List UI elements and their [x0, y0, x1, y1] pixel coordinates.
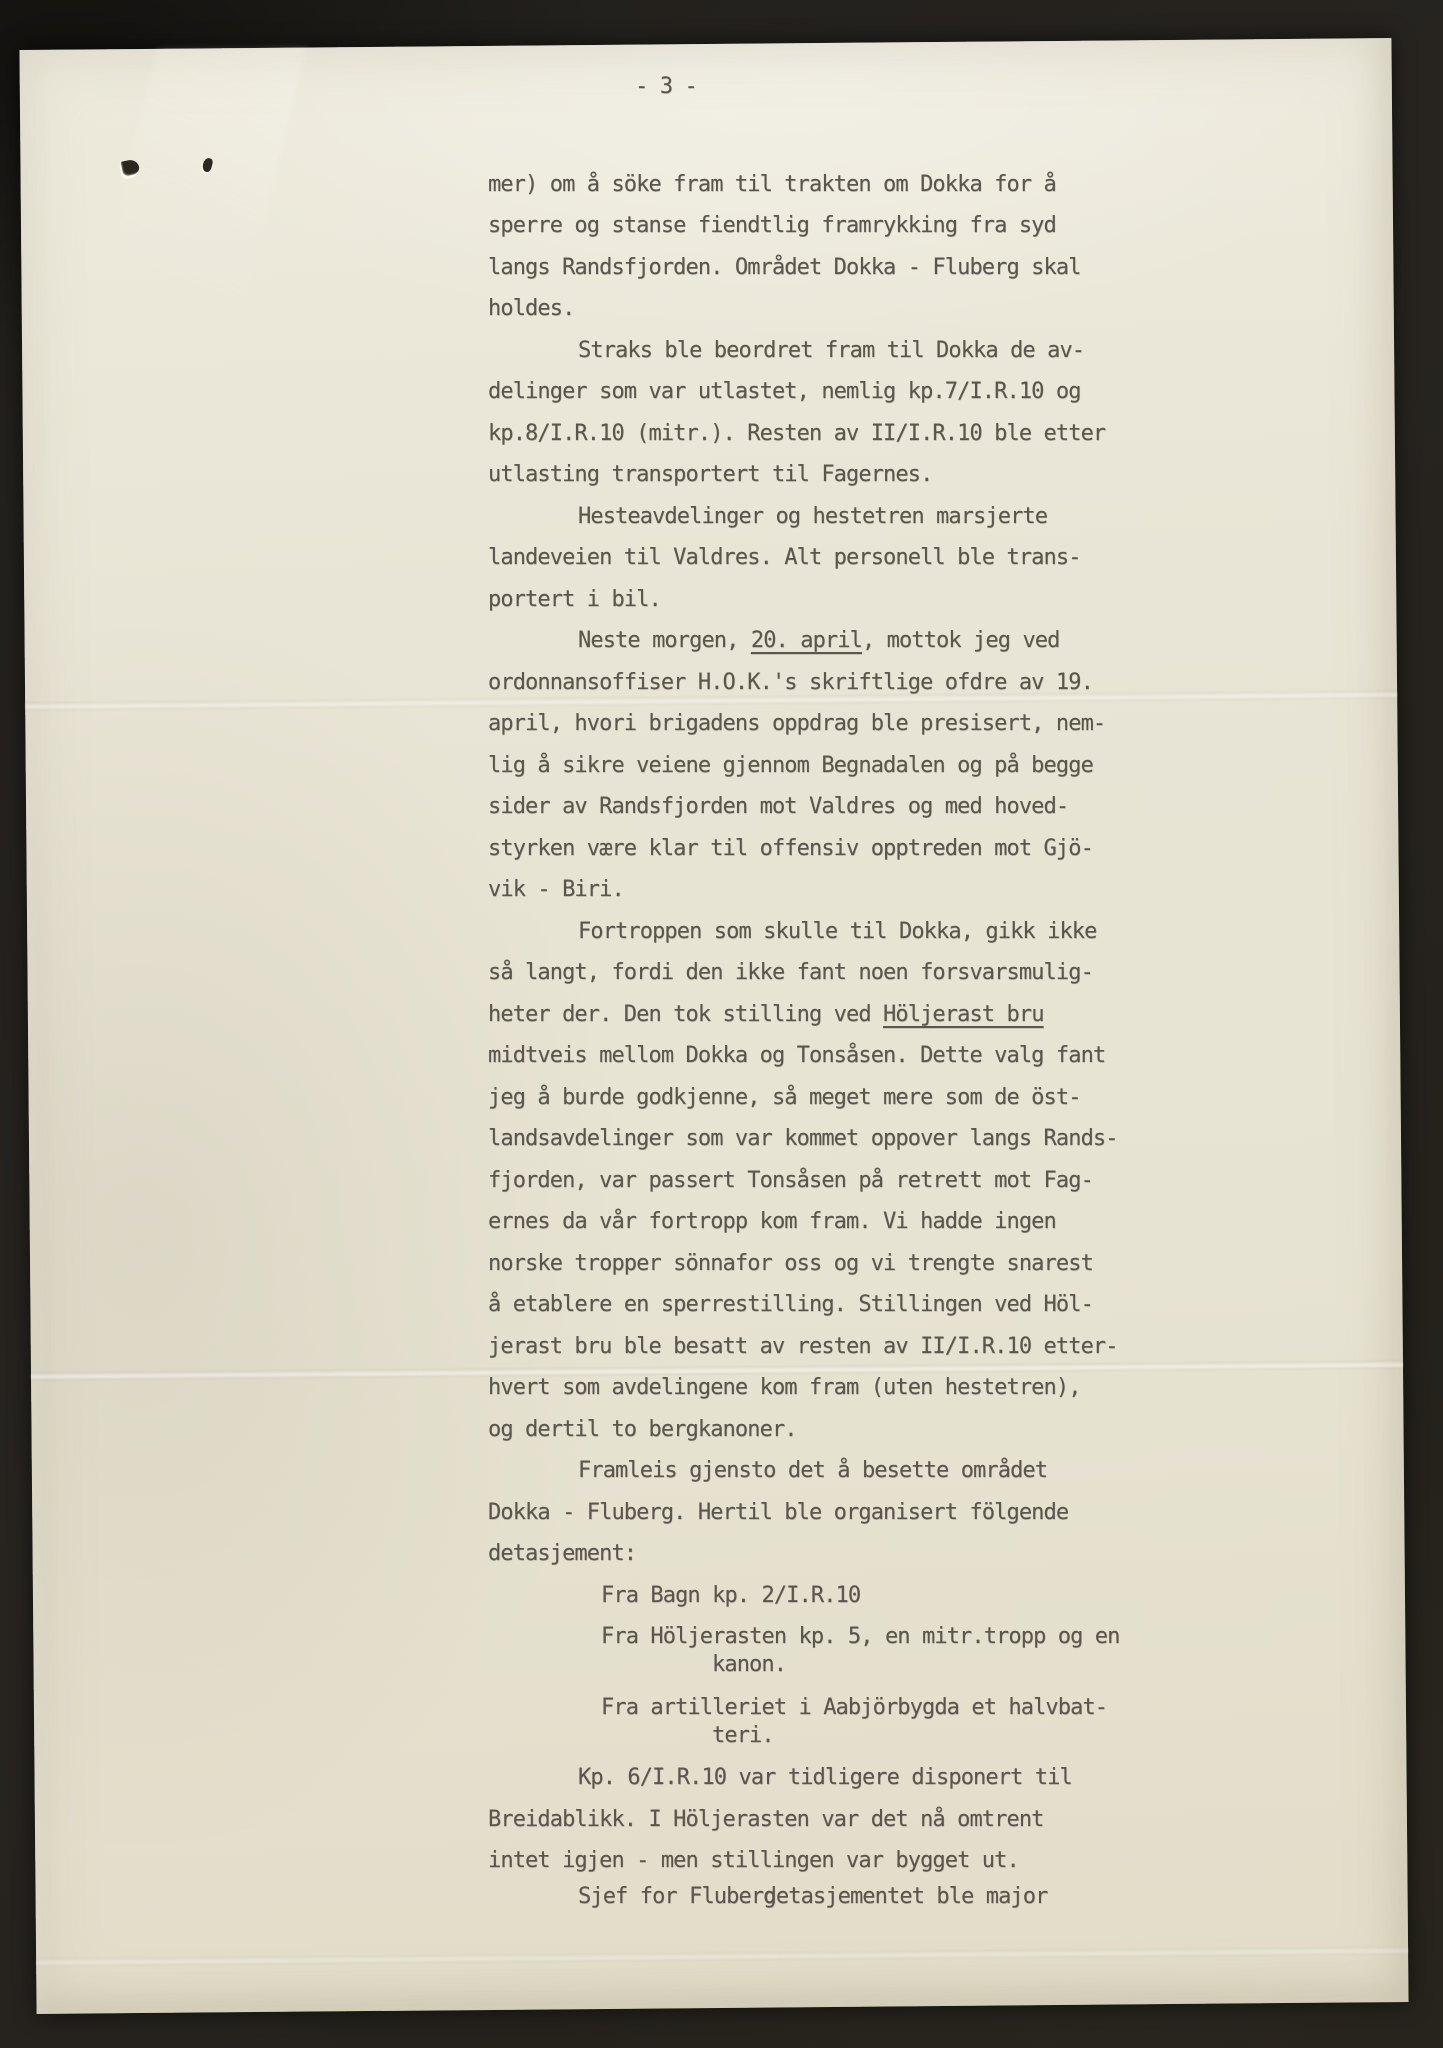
typewritten-line: Hesteavdelinger og hestetren marsjerte [578, 504, 1047, 530]
typewritten-line: Neste morgen, 20. april, mottok jeg ved [578, 628, 1059, 654]
text-segment: landsavdelinger som var kommet oppover l… [488, 1126, 1118, 1151]
typewritten-line: Dokka - Fluberg. Hertil ble organisert f… [488, 1500, 1068, 1526]
typewritten-line: delinger som var utlastet, nemlig kp.7/I… [488, 379, 1081, 405]
typewritten-line: teri. [712, 1723, 774, 1749]
typewritten-line: vik - Biri. [488, 877, 624, 903]
typewritten-line: kp.8/I.R.10 (mitr.). Resten av II/I.R.10… [488, 421, 1105, 447]
typewritten-line: portert i bil. [488, 587, 661, 613]
text-segment: jeg å burde godkjenne, så meget mere som… [488, 1085, 1081, 1110]
text-segment: , mottok jeg ved [862, 628, 1060, 653]
typewritten-line: mer) om å söke fram til trakten om Dokka… [488, 172, 1056, 198]
typewritten-line: intet igjen - men stillingen var bygget … [488, 1848, 1019, 1874]
typewritten-line: Fra Höljerasten kp. 5, en mitr.tropp og … [601, 1624, 1120, 1650]
text-segment: styrken være klar til offensiv opptreden… [488, 836, 1093, 861]
typewritten-line: landeveien til Valdres. Alt personell bl… [488, 545, 1081, 571]
typewritten-line: Fra Bagn kp. 2/I.R.10 [601, 1583, 860, 1609]
text-segment: hvert som avdelingene kom fram (uten hes… [488, 1375, 1081, 1400]
text-segment: langs Randsfjorden. Området Dokka - Flub… [488, 255, 1081, 280]
typewritten-line: april, hvori brigadens oppdrag ble presi… [488, 711, 1105, 737]
typewritten-line: sperre og stanse fiendtlig framrykking f… [488, 213, 1056, 239]
scan-background: - 3 - mer) om å söke fram til trakten om… [0, 0, 1443, 2048]
text-segment: landeveien til Valdres. Alt personell bl… [488, 545, 1081, 570]
text-segment: Dokka - Fluberg. Hertil ble organisert f… [488, 1500, 1068, 1525]
typewritten-line: fjorden, var passert Tonsåsen på retrett… [488, 1168, 1093, 1194]
underlined-text-segment: 20. april [751, 628, 862, 653]
text-segment: ernes da vår fortropp kom fram. Vi hadde… [488, 1209, 1056, 1234]
typewritten-line: detasjement: [488, 1541, 636, 1567]
text-segment: Sjef for Fluberg [578, 1884, 776, 1909]
typewritten-line: ordonnansoffiser H.O.K.'s skriftlige ofd… [488, 670, 1093, 696]
text-segment: å etablere en sperrestilling. Stillingen… [488, 1292, 1093, 1317]
typewritten-line: jeg å burde godkjenne, så meget mere som… [488, 1085, 1081, 1111]
typewritten-line: heter der. Den tok stilling ved Höljeras… [488, 1002, 1044, 1028]
text-segment: portert i bil. [488, 587, 661, 612]
typewritten-line: norske tropper sönnafor oss og vi trengt… [488, 1251, 1093, 1277]
text-segment: utlasting transportert til Fagernes. [488, 462, 932, 487]
text-segment: jerast bru ble besatt av resten av II/I.… [488, 1334, 1118, 1359]
text-segment: Straks ble beordret fram til Dokka de av… [578, 338, 1084, 363]
typewritten-line: Sjef for Flubergdetasjementet ble major [578, 1884, 1047, 1910]
typewritten-line: Kp. 6/I.R.10 var tidligere disponert til [578, 1765, 1072, 1791]
typewritten-line: så langt, fordi den ikke fant noen forsv… [488, 960, 1093, 986]
underlined-text-segment: Höljerast bru [883, 1002, 1044, 1027]
text-segment: heter der. Den tok stilling ved [488, 1002, 883, 1027]
text-segment: Fortroppen som skulle til Dokka, gikk ik… [578, 919, 1097, 944]
typewritten-line: midtveis mellom Dokka og Tonsåsen. Dette… [488, 1043, 1105, 1069]
text-segment: midtveis mellom Dokka og Tonsåsen. Dette… [488, 1043, 1105, 1068]
typewritten-line: utlasting transportert til Fagernes. [488, 462, 932, 488]
text-segment: vik - Biri. [488, 877, 624, 902]
typewritten-line: holdes. [488, 296, 574, 322]
typewritten-line: jerast bru ble besatt av resten av II/I.… [488, 1334, 1118, 1360]
text-segment: delinger som var utlastet, nemlig kp.7/I… [488, 379, 1081, 404]
text-segment: detasjementet ble major [764, 1884, 1048, 1909]
text-segment: Fra artilleriet i Aabjörbygda et halvbat… [601, 1695, 1107, 1720]
text-segment: intet igjen - men stillingen var bygget … [488, 1848, 1019, 1873]
text-segment: sperre og stanse fiendtlig framrykking f… [488, 213, 1056, 238]
typewritten-line: lig å sikre veiene gjennom Begnadalen og… [488, 753, 1093, 779]
typewritten-line: hvert som avdelingene kom fram (uten hes… [488, 1375, 1081, 1401]
typewritten-line: ernes da vår fortropp kom fram. Vi hadde… [488, 1209, 1056, 1235]
text-layer: - 3 - mer) om å söke fram til trakten om… [0, 0, 1443, 2048]
typewritten-line: og dertil to bergkanoner. [488, 1417, 797, 1443]
typewritten-line: Fra artilleriet i Aabjörbygda et halvbat… [601, 1695, 1107, 1721]
typewritten-line: langs Randsfjorden. Området Dokka - Flub… [488, 255, 1081, 281]
typewritten-line: Breidablikk. I Höljerasten var det nå om… [488, 1807, 1044, 1833]
text-segment: mer) om å söke fram til trakten om Dokka… [488, 172, 1056, 197]
text-segment: norske tropper sönnafor oss og vi trengt… [488, 1251, 1093, 1276]
text-segment: og dertil to bergkanoner. [488, 1417, 797, 1442]
typewritten-line: kanon. [712, 1652, 786, 1678]
typewritten-line: Straks ble beordret fram til Dokka de av… [578, 338, 1084, 364]
text-segment: teri. [712, 1723, 774, 1748]
text-segment: fjorden, var passert Tonsåsen på retrett… [488, 1168, 1093, 1193]
text-segment: Framleis gjensto det å besette området [578, 1458, 1047, 1483]
typewritten-line: styrken være klar til offensiv opptreden… [488, 836, 1093, 862]
text-segment: detasjement: [488, 1541, 636, 1566]
text-segment: Neste morgen, [578, 628, 751, 653]
text-segment: kp.8/I.R.10 (mitr.). Resten av II/I.R.10… [488, 421, 1105, 446]
typewritten-line: å etablere en sperrestilling. Stillingen… [488, 1292, 1093, 1318]
text-segment: kanon. [712, 1652, 786, 1677]
text-segment: sider av Randsfjorden mot Valdres og med… [488, 794, 1068, 819]
text-segment: holdes. [488, 296, 574, 321]
typewritten-line: Fortroppen som skulle til Dokka, gikk ik… [578, 919, 1097, 945]
typewritten-line: sider av Randsfjorden mot Valdres og med… [488, 794, 1068, 820]
text-segment: Hesteavdelinger og hestetren marsjerte [578, 504, 1047, 529]
text-segment: Breidablikk. I Höljerasten var det nå om… [488, 1807, 1044, 1832]
text-segment: april, hvori brigadens oppdrag ble presi… [488, 711, 1105, 736]
text-segment: Fra Höljerasten kp. 5, en mitr.tropp og … [601, 1624, 1120, 1649]
text-segment: lig å sikre veiene gjennom Begnadalen og… [488, 753, 1093, 778]
text-segment: så langt, fordi den ikke fant noen forsv… [488, 960, 1093, 985]
text-segment: Fra Bagn kp. 2/I.R.10 [601, 1583, 860, 1608]
page-number: - 3 - [596, 74, 736, 100]
text-segment: ordonnansoffiser H.O.K.'s skriftlige ofd… [488, 670, 1093, 695]
typewritten-line: Framleis gjensto det å besette området [578, 1458, 1047, 1484]
text-segment: Kp. 6/I.R.10 var tidligere disponert til [578, 1765, 1072, 1790]
typewritten-line: landsavdelinger som var kommet oppover l… [488, 1126, 1118, 1152]
